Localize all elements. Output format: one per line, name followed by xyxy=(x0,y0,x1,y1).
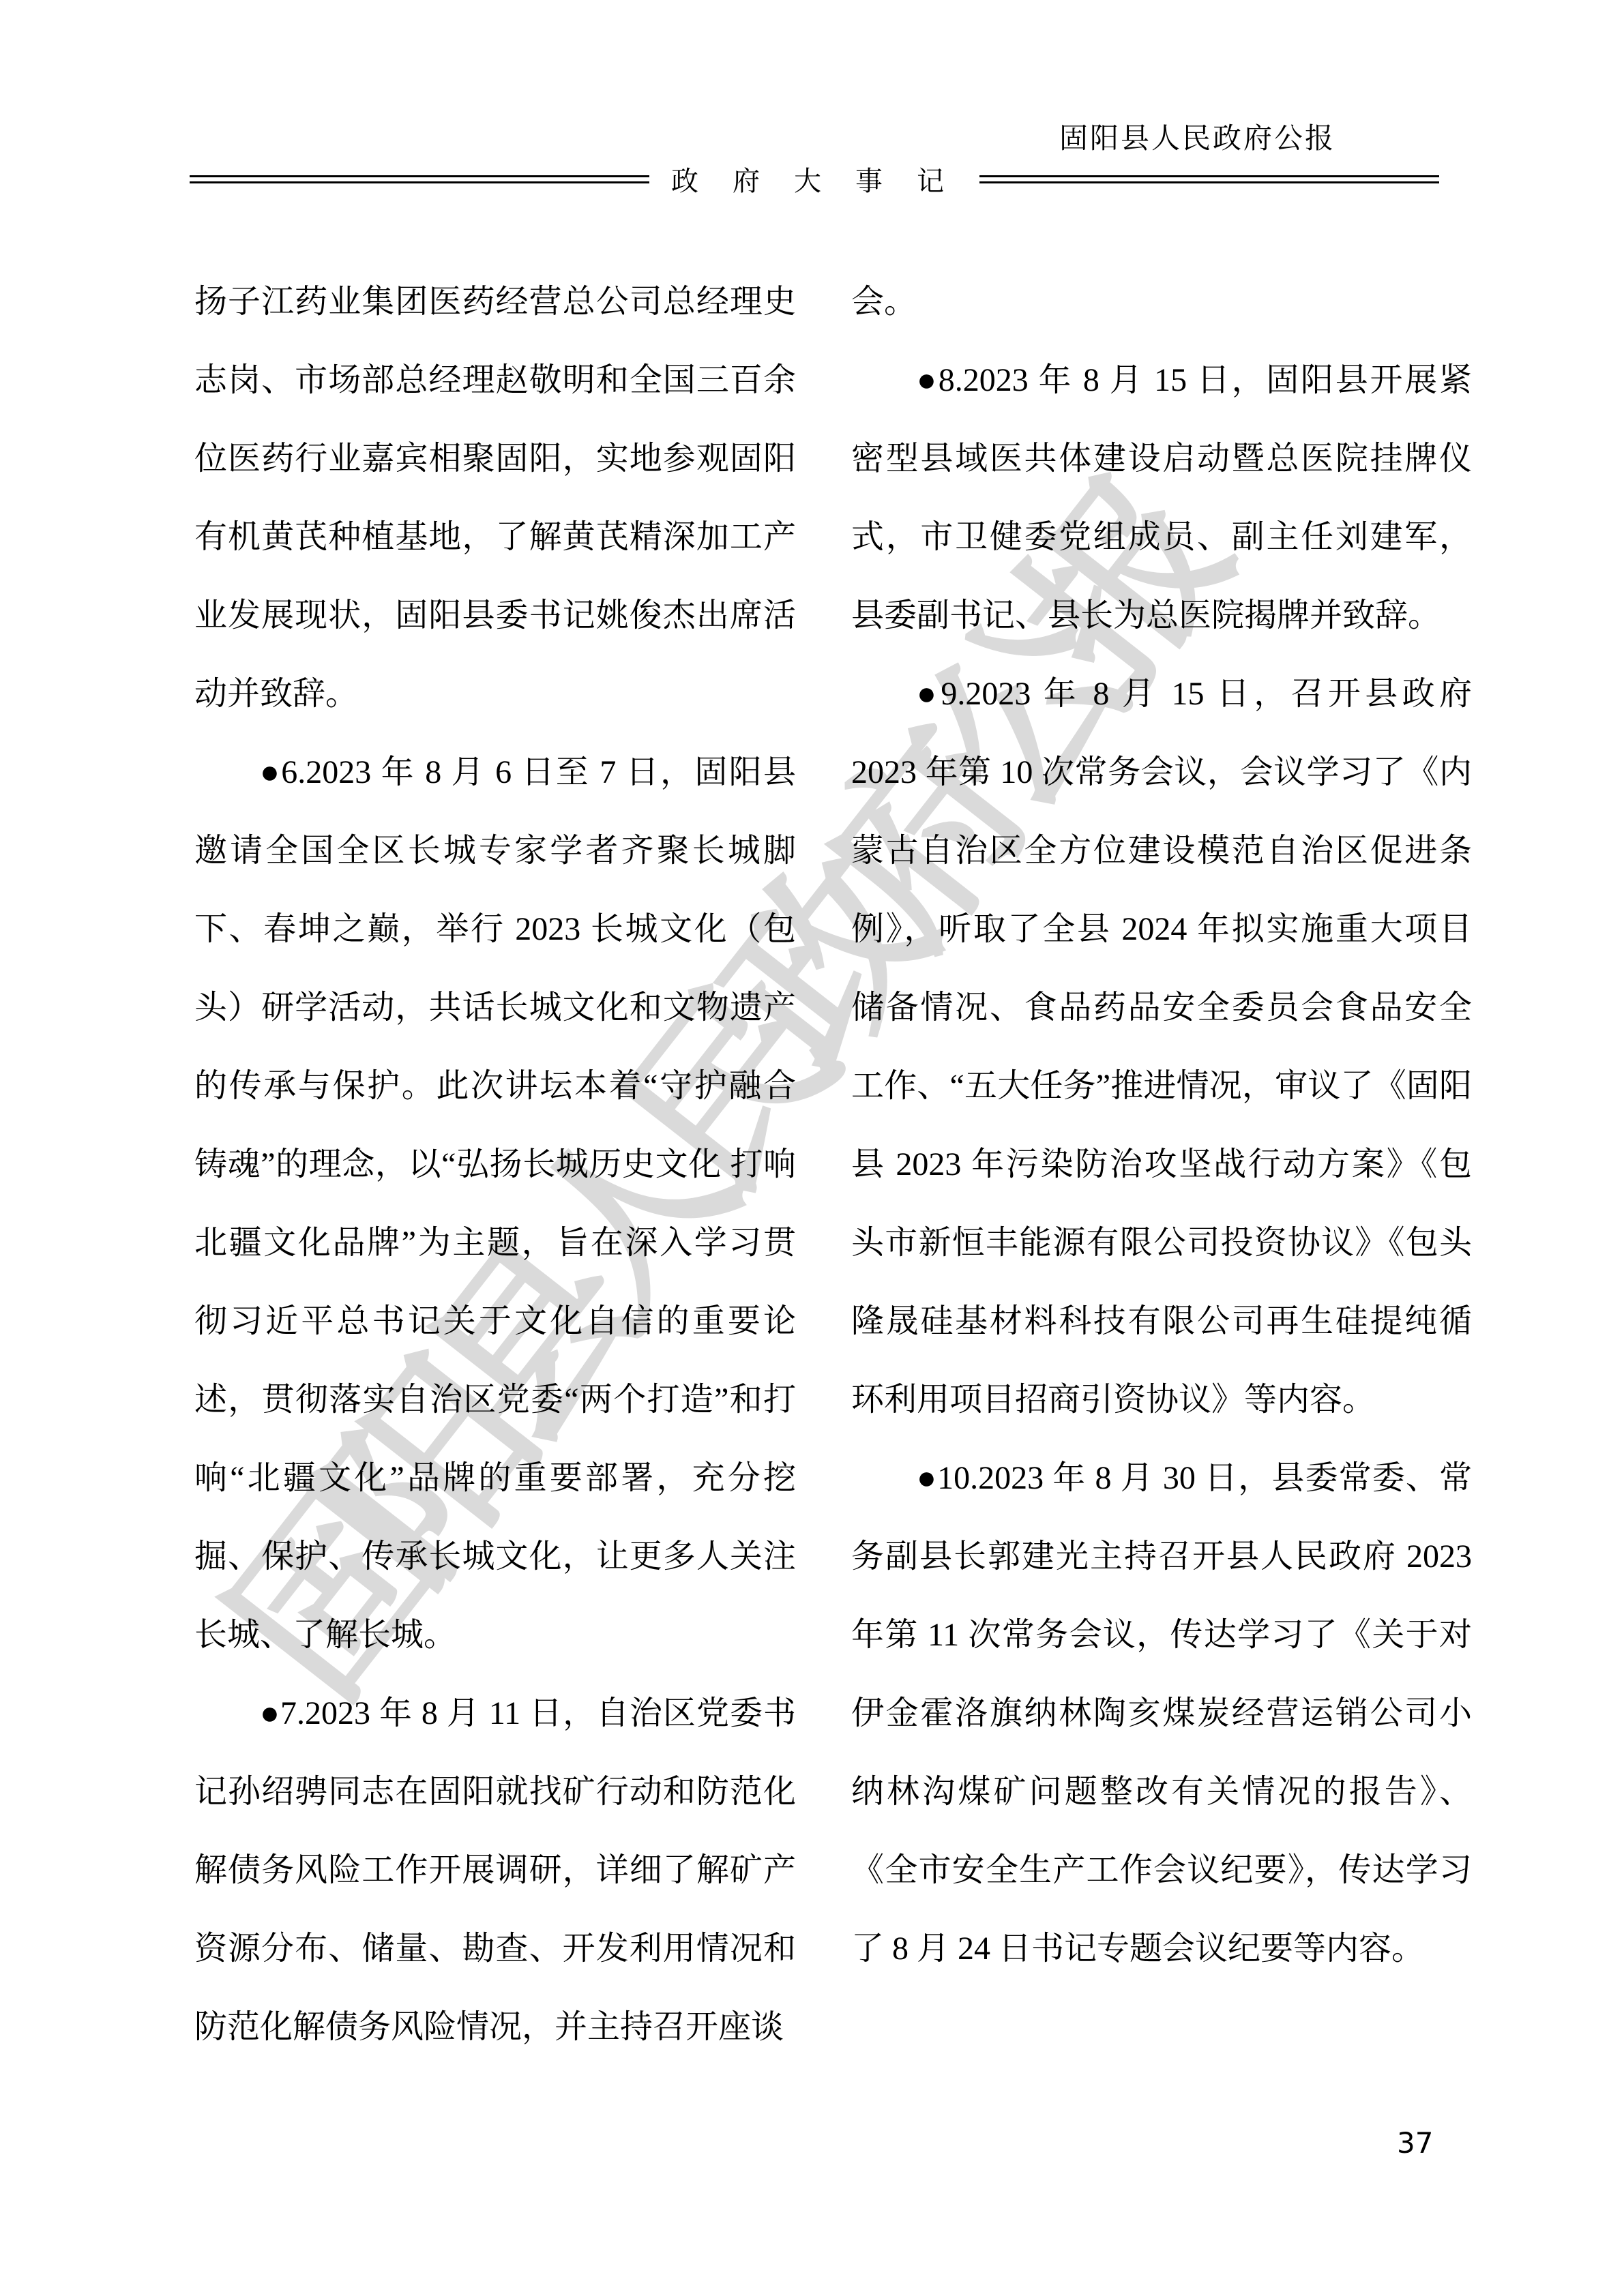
section-header: 政 府 大 事 记 xyxy=(190,160,1439,198)
gazette-page: 固阳县人民政府公报 固阳县人民政府公报 政 府 大 事 记 扬子江药业集团医药经… xyxy=(0,0,1624,2296)
paragraph: ●8.2023 年 8 月 15 日，固阳县开展紧密型县域医共体建设启动暨总医院… xyxy=(851,341,1472,655)
header-rule-right xyxy=(979,175,1439,183)
left-column: 扬子江药业集团医药经营总公司总经理史志岗、市场部总经理赵敬明和全国三百余位医药行… xyxy=(194,263,796,2066)
page-number: 37 xyxy=(1397,2126,1433,2160)
right-column: 会。 ●8.2023 年 8 月 15 日，固阳县开展紧密型县域医共体建设启动暨… xyxy=(851,263,1472,1988)
paragraph: 扬子江药业集团医药经营总公司总经理史志岗、市场部总经理赵敬明和全国三百余位医药行… xyxy=(194,263,796,733)
paragraph: 会。 xyxy=(851,263,1472,341)
section-title: 政 府 大 事 记 xyxy=(649,160,979,198)
masthead-title: 固阳县人民政府公报 xyxy=(1059,116,1335,157)
header-rule-left xyxy=(190,175,649,183)
paragraph: ●10.2023 年 8 月 30 日，县委常委、常务副县长郭建光主持召开县人民… xyxy=(851,1439,1472,1988)
paragraph: ●9.2023 年 8 月 15 日，召开县政府 2023 年第 10 次常务会… xyxy=(851,655,1472,1439)
paragraph: ●6.2023 年 8 月 6 日至 7 日，固阳县邀请全国全区长城专家学者齐聚… xyxy=(194,733,796,1674)
paragraph: ●7.2023 年 8 月 11 日，自治区党委书记孙绍骋同志在固阳就找矿行动和… xyxy=(194,1674,796,2066)
